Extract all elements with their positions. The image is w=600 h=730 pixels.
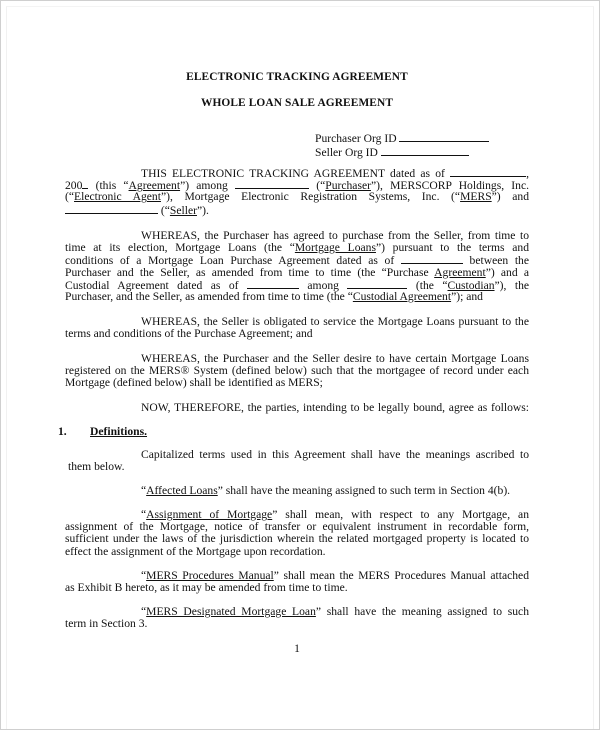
text: (“	[65, 190, 74, 203]
seller-org-id: Seller Org ID	[315, 146, 489, 160]
whereas-line: Mortgage (defined below) shall be identi…	[65, 377, 529, 389]
now-therefore-paragraph: NOW, THEREFORE, the parties, intending t…	[65, 402, 529, 414]
text: ”).	[197, 204, 209, 217]
page-number: 1	[65, 643, 529, 655]
intro-paragraph: THIS ELECTRONIC TRACKING AGREEMENT dated…	[65, 167, 529, 216]
definition-affected-loans: “Affected Loans” shall have the meaning …	[65, 485, 529, 497]
definition-assignment-of-mortgage: “Assignment of Mortgage” shall mean, wit…	[65, 509, 529, 558]
text: ”) and a	[486, 266, 529, 279]
definition-mers-procedures-manual: “MERS Procedures Manual” shall mean the …	[65, 570, 529, 594]
whereas-paragraph-3: WHEREAS, the Purchaser and the Seller de…	[65, 353, 529, 390]
text: Purchaser, and the Seller, as amended fr…	[65, 290, 353, 303]
defined-term: Assignment of Mortgage	[146, 508, 272, 521]
intro-line: (“Seller”).	[65, 204, 529, 216]
definition-line: term in Section 3.	[65, 618, 529, 630]
defined-term: Affected Loans	[146, 484, 218, 497]
defined-term: Electronic Agent	[74, 190, 161, 203]
purchaser-org-id: Purchaser Org ID	[315, 132, 489, 146]
custodian-blank	[347, 279, 407, 289]
seller-org-id-blank	[381, 146, 469, 156]
purchaser-org-id-label: Purchaser Org ID	[315, 132, 397, 145]
definitions-intro: Capitalized terms used in this Agreement…	[65, 449, 529, 473]
definitions-intro-line: Capitalized terms used in this Agreement…	[65, 449, 529, 461]
whereas-line: time at its election, Mortgage Loans (th…	[65, 242, 529, 254]
whereas-paragraph-2: WHEREAS, the Seller is obligated to serv…	[65, 316, 529, 340]
document-subtitle: WHOLE LOAN SALE AGREEMENT	[65, 97, 529, 109]
year-blank	[82, 179, 88, 189]
defined-term: Seller	[170, 204, 197, 217]
purchaser-blank	[235, 179, 309, 189]
defined-term: MERS	[460, 190, 492, 203]
text: ,	[526, 167, 529, 180]
definition-line: as Exhibit B hereto, as it may be amende…	[65, 582, 529, 594]
text: THIS ELECTRONIC TRACKING AGREEMENT dated…	[141, 167, 445, 180]
defined-term: Custodial Agreement	[353, 290, 451, 303]
intro-line: (“Electronic Agent”), Mortgage Electroni…	[65, 191, 529, 203]
text: ” shall mean the MERS Procedures Manual …	[274, 569, 529, 582]
defined-term: Agreement	[434, 266, 486, 279]
date-blank	[247, 279, 299, 289]
date-blank	[401, 254, 463, 264]
date-blank	[450, 167, 526, 177]
text: (“	[161, 204, 170, 217]
defined-term: Mortgage Loans	[295, 241, 376, 254]
seller-blank	[65, 204, 158, 214]
text: ” shall mean, with respect to any Mortga…	[272, 508, 529, 521]
text: ”), the	[495, 279, 530, 292]
definition-line: effect the assignment of the Mortgage up…	[65, 546, 529, 558]
definition-line: “Affected Loans” shall have the meaning …	[65, 485, 529, 497]
definition-line: sufficient under the laws of the jurisdi…	[65, 533, 529, 545]
text: ”) pursuant to the terms and	[376, 241, 529, 254]
intro-line: THIS ELECTRONIC TRACKING AGREEMENT dated…	[65, 167, 529, 179]
text: ”) and	[492, 190, 529, 203]
org-id-block: Purchaser Org ID Seller Org ID	[315, 132, 489, 159]
section-number: 1.	[58, 426, 67, 438]
section-title: Definitions.	[90, 426, 147, 438]
defined-term: MERS Designated Mortgage Loan	[146, 605, 316, 618]
definitions-intro-line: them below.	[65, 461, 529, 473]
document-title: ELECTRONIC TRACKING AGREEMENT	[65, 71, 529, 83]
text: ” shall have the meaning assigned to suc…	[316, 605, 529, 618]
purchaser-org-id-blank	[399, 132, 489, 142]
defined-term: MERS Procedures Manual	[146, 569, 274, 582]
text: time at its election, Mortgage Loans (th…	[65, 241, 295, 254]
whereas-line: Purchaser, and the Seller, as amended fr…	[65, 291, 529, 303]
document-page: ELECTRONIC TRACKING AGREEMENT WHOLE LOAN…	[0, 0, 600, 730]
whereas-line: terms and conditions of the Purchase Agr…	[65, 328, 529, 340]
whereas-line: Purchaser and the Seller, as amended fro…	[65, 267, 529, 279]
definition-mers-designated-mortgage-loan: “MERS Designated Mortgage Loan” shall ha…	[65, 606, 529, 630]
text: ” shall have the meaning assigned to suc…	[218, 484, 510, 497]
seller-org-id-label: Seller Org ID	[315, 146, 378, 159]
text: ”); and	[451, 290, 483, 303]
whereas-paragraph-1: WHEREAS, the Purchaser has agreed to pur…	[65, 230, 529, 303]
text: Purchaser and the Seller, as amended fro…	[65, 266, 434, 279]
text: ”), Mortgage Electronic Registration Sys…	[161, 190, 460, 203]
now-therefore-line: NOW, THEREFORE, the parties, intending t…	[65, 402, 529, 414]
